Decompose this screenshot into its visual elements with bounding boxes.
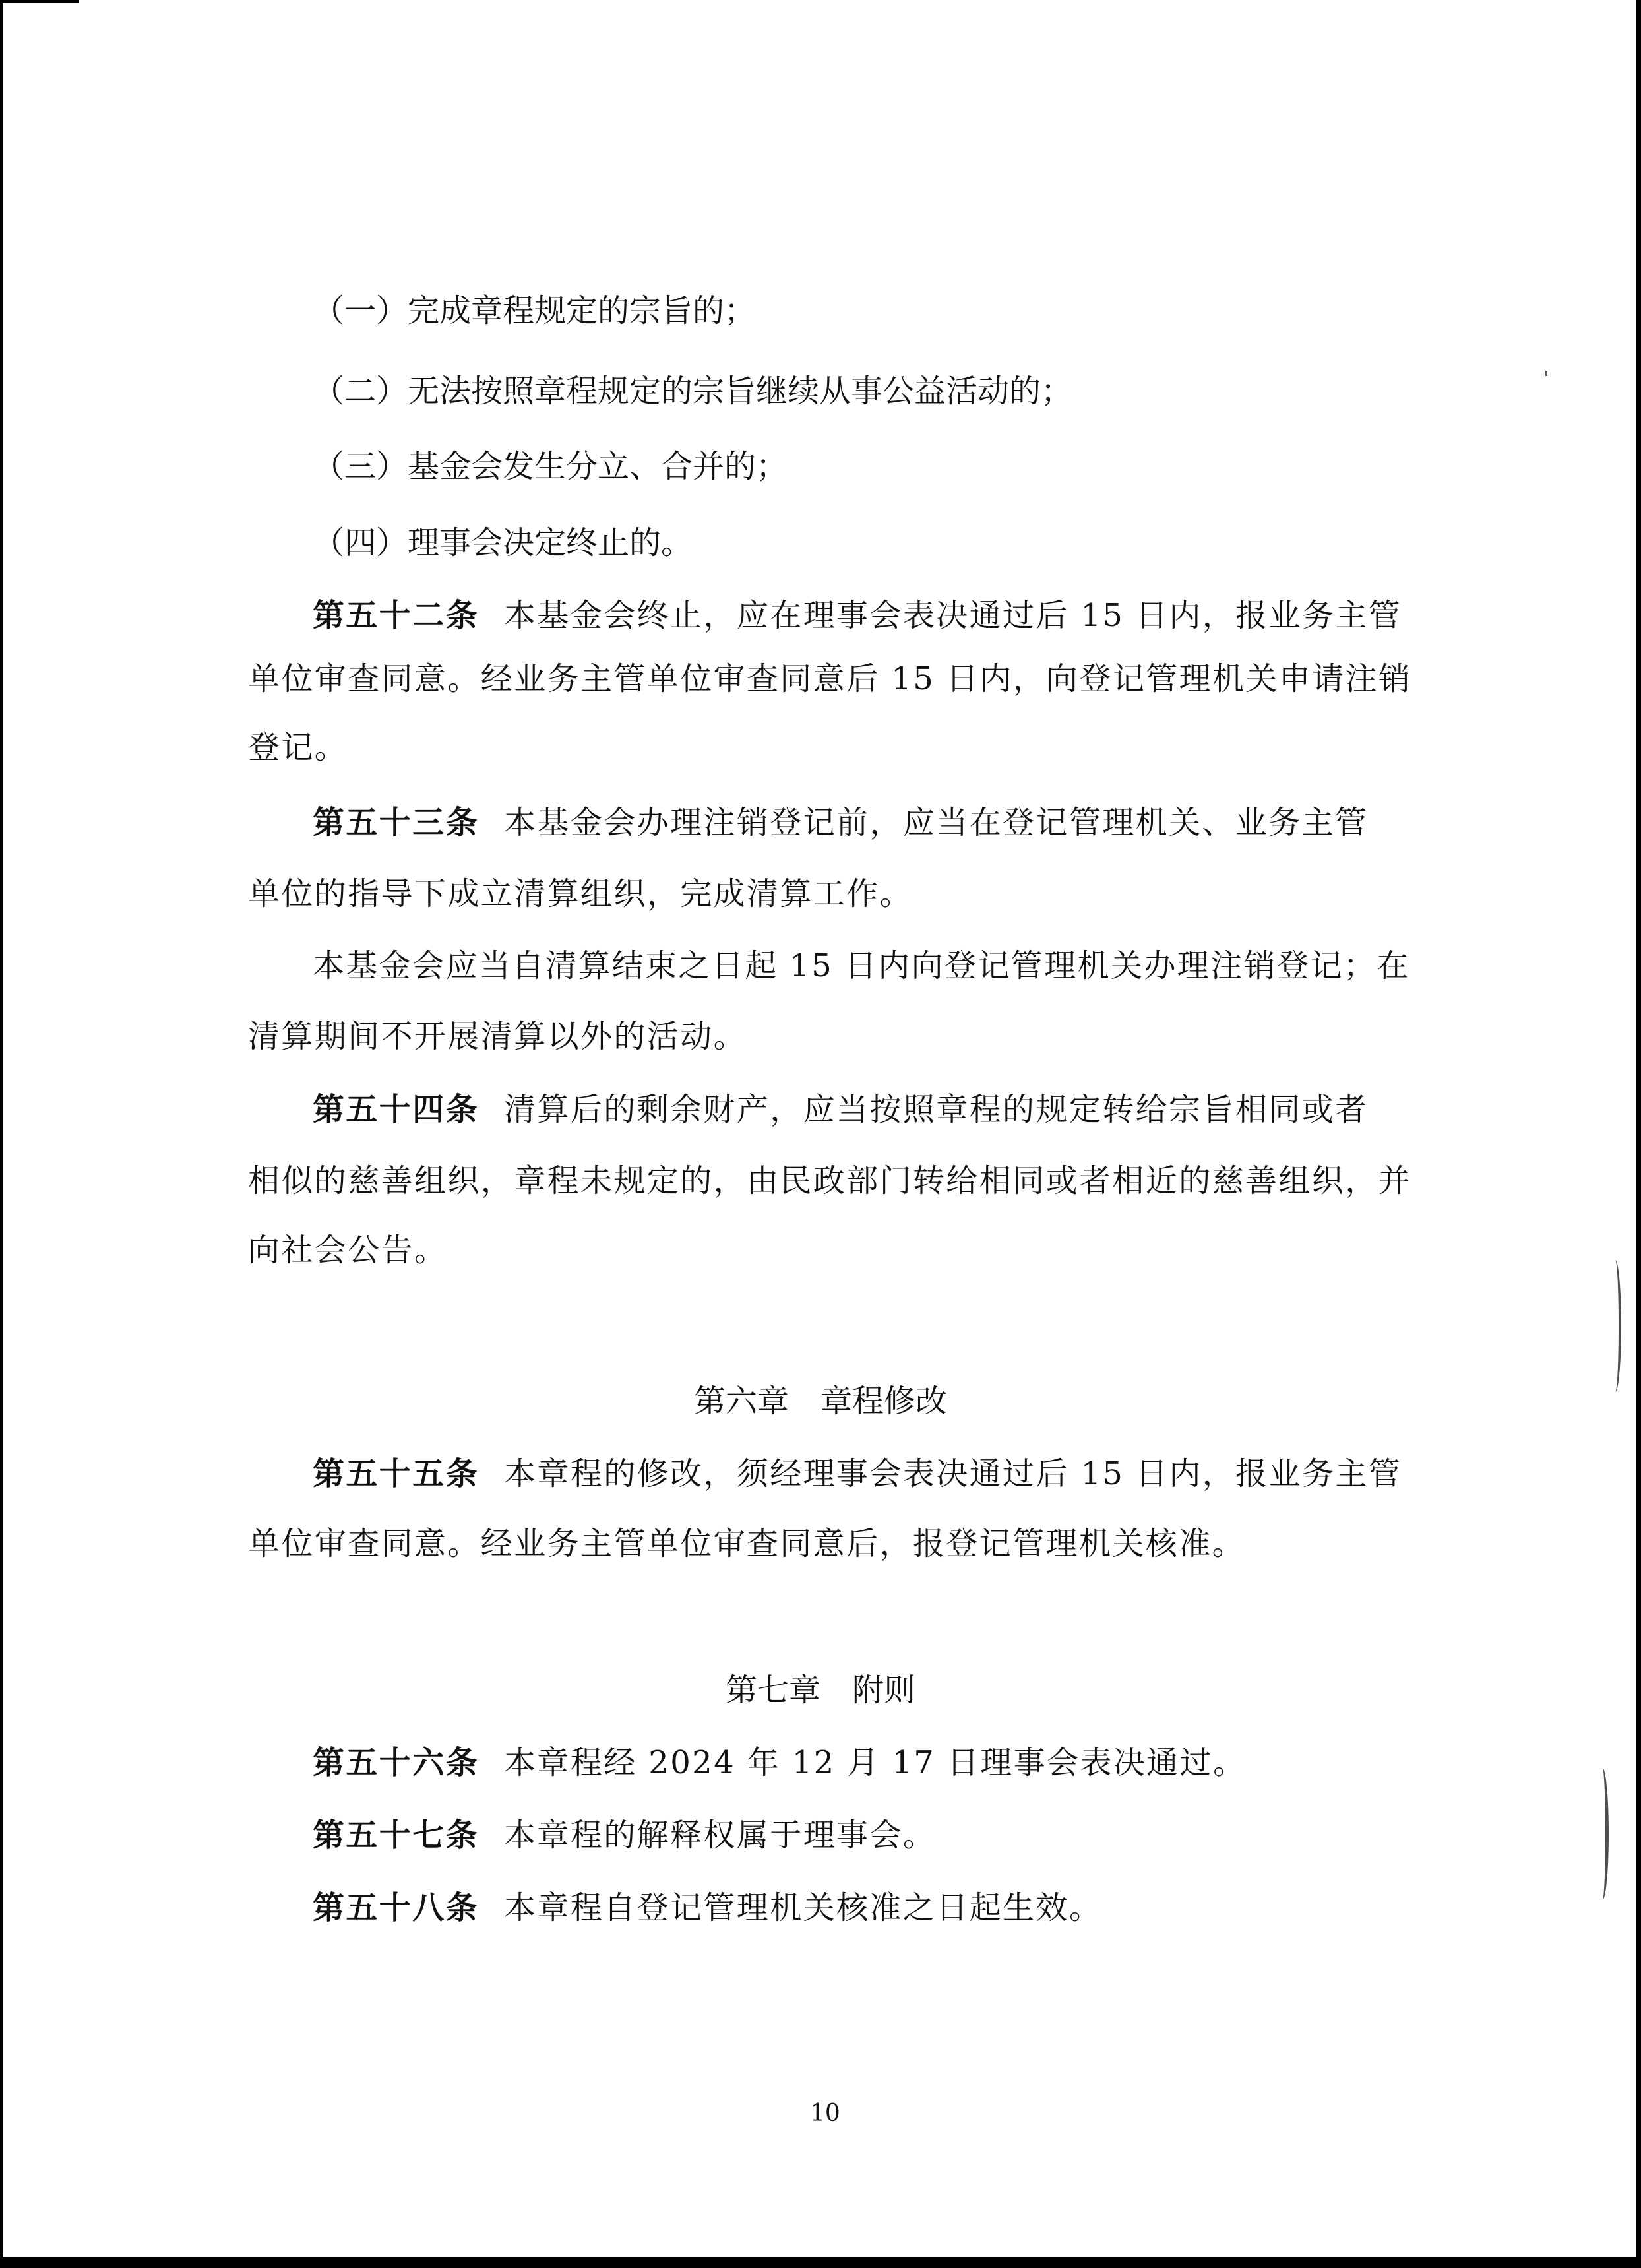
article-52: 第五十二条本基金会终止，应在理事会表决通过后 15 日内，报业务主管 [313, 596, 1402, 635]
article-54: 第五十四条清算后的剩余财产，应当按照章程的规定转给宗旨相同或者 [313, 1090, 1368, 1129]
article-53-para-2: 本基金会应当自清算结束之日起 15 日内向登记管理机关办理注销登记；在 [313, 946, 1410, 986]
list-item-text: 无法按照章程规定的宗旨继续从事公益活动的； [408, 373, 1072, 410]
article-52-line-2: 单位审查同意。经业务主管单位审查同意后 15 日内，向登记管理机关申请注销 [248, 659, 1411, 699]
article-55-line-2: 单位审查同意。经业务主管单位审查同意后，报登记管理机关核准。 [248, 1524, 1245, 1563]
article-text: 清算后的剩余财产，应当按照章程的规定转给宗旨相同或者 [504, 1091, 1368, 1128]
scan-border-top [0, 0, 79, 3]
scan-border-right [1636, 0, 1641, 2268]
list-item: （三）基金会发生分立、合并的； [313, 447, 788, 486]
article-text: 本章程的修改，须经理事会表决通过后 15 日内，报业务主管 [504, 1455, 1402, 1492]
article-54-line-2: 相似的慈善组织，章程未规定的，由民政部门转给相同或者相近的慈善组织，并 [248, 1161, 1411, 1201]
article-heading: 第五十二条 [313, 597, 479, 634]
list-item-label: （一） [313, 292, 408, 329]
article-52-line-3: 登记。 [248, 728, 348, 767]
article-heading: 第五十三条 [313, 804, 479, 841]
scan-speck [1545, 371, 1547, 376]
scan-artifact [1596, 1768, 1609, 1900]
scan-border-bottom [0, 2257, 1641, 2268]
article-53-line-2: 单位的指导下成立清算组织，完成清算工作。 [248, 874, 913, 914]
list-item: （二）无法按照章程规定的宗旨继续从事公益活动的； [313, 371, 1072, 411]
article-heading: 第五十七条 [313, 1817, 479, 1854]
scan-border-left [0, 0, 3, 2268]
list-item-label: （三） [313, 448, 408, 485]
article-text: 本章程自登记管理机关核准之日起生效。 [504, 1889, 1102, 1926]
page-number: 10 [810, 2099, 840, 2128]
list-item-label: （二） [313, 373, 408, 410]
scan-artifact [1609, 1260, 1621, 1392]
article-57: 第五十七条本章程的解释权属于理事会。 [313, 1815, 936, 1855]
article-53: 第五十三条本基金会办理注销登记前，应当在登记管理机关、业务主管 [313, 803, 1368, 842]
chapter-6-heading: 第六章 章程修改 [0, 1381, 1641, 1421]
list-item: （四）理事会决定终止的。 [313, 523, 693, 563]
list-item-text: 理事会决定终止的。 [408, 524, 693, 561]
article-53-para-2-line-2: 清算期间不开展清算以外的活动。 [248, 1017, 747, 1056]
list-item: （一）完成章程规定的宗旨的； [313, 291, 756, 331]
article-54-line-3: 向社会公告。 [248, 1230, 447, 1270]
article-heading: 第五十六条 [313, 1744, 479, 1781]
list-item-text: 基金会发生分立、合并的； [408, 448, 788, 485]
article-text: 本章程的解释权属于理事会。 [504, 1817, 936, 1854]
chapter-7-heading: 第七章 附则 [0, 1670, 1641, 1710]
article-58: 第五十八条本章程自登记管理机关核准之日起生效。 [313, 1888, 1102, 1928]
article-56: 第五十六条本章程经 2024 年 12 月 17 日理事会表决通过。 [313, 1743, 1246, 1782]
list-item-label: （四） [313, 524, 408, 561]
article-text: 本基金会终止，应在理事会表决通过后 15 日内，报业务主管 [504, 597, 1402, 634]
article-heading: 第五十四条 [313, 1091, 479, 1128]
article-heading: 第五十八条 [313, 1889, 479, 1926]
article-text: 本章程经 2024 年 12 月 17 日理事会表决通过。 [504, 1744, 1246, 1781]
article-heading: 第五十五条 [313, 1455, 479, 1492]
list-item-text: 完成章程规定的宗旨的； [408, 292, 756, 329]
article-55: 第五十五条本章程的修改，须经理事会表决通过后 15 日内，报业务主管 [313, 1454, 1402, 1494]
article-text: 本基金会办理注销登记前，应当在登记管理机关、业务主管 [504, 804, 1368, 841]
